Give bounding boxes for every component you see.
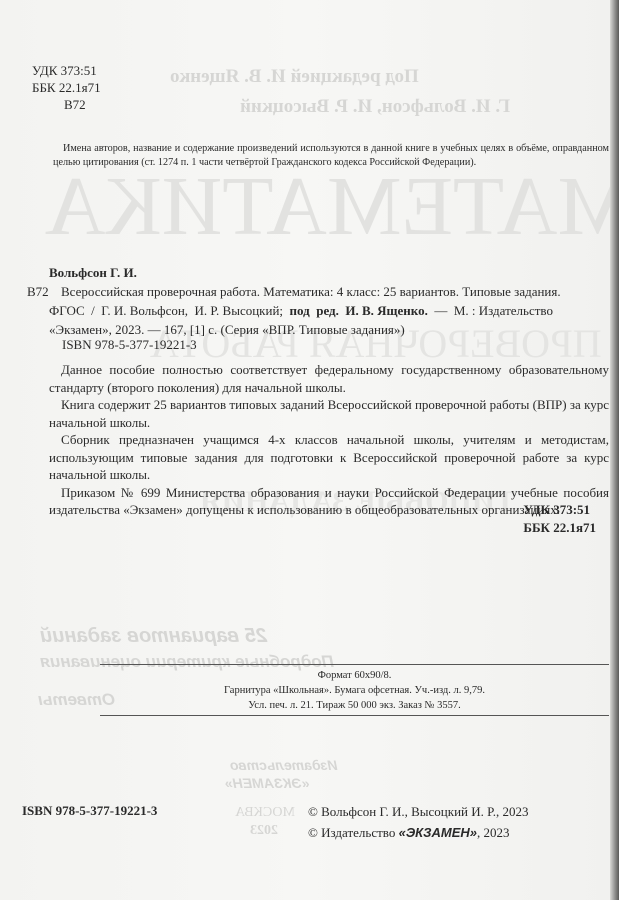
citation-notice: Имена авторов, название и содержание про… (53, 142, 609, 170)
annotation-paragraph: Книга содержит 25 вариантов типовых зада… (49, 396, 609, 431)
bbk-code-right: ББК 22.1я71 (523, 519, 596, 537)
imprint-block: Формат 60х90/8. Гарнитура «Школьная». Бу… (100, 664, 609, 716)
page-edge-shadow (610, 0, 619, 900)
imprint-format: Формат 60х90/8. (100, 668, 609, 683)
bleed-editor: Под редакцией И. В. Ященко (170, 66, 419, 88)
copyright-publisher: © Издательство «ЭКЗАМЕН», 2023 (308, 822, 529, 843)
classification-block: УДК 373:51 ББК 22.1я71 В72 (32, 62, 101, 113)
imprint-typeface: Гарнитура «Школьная». Бумага офсетная. У… (100, 683, 609, 698)
copyright-publisher-pre: © Издательство (308, 825, 399, 840)
udk-code-right: УДК 373:51 (523, 501, 596, 519)
record-line-2-post: — М. : Издательство (428, 303, 553, 318)
publisher-brand: «ЭКЗАМЕН» (399, 825, 477, 840)
bleed-publisher1: Издательство (230, 757, 338, 773)
udk-code: УДК 373:51 (32, 62, 101, 79)
imprint-print-run: Усл. печ. л. 21. Тираж 50 000 экз. Заказ… (100, 698, 609, 713)
title-verso-page: Под редакцией И. В. Ященко Г. И. Вольфсо… (0, 0, 610, 900)
bbk-code: ББК 22.1я71 (32, 79, 101, 96)
author-mark: В72 (32, 96, 101, 113)
record-isbn: ISBN 978-5-377-19221-3 (62, 337, 197, 353)
bleed-year: 2023 (250, 823, 278, 839)
record-author: Вольфсон Г. И. (27, 263, 609, 282)
record-body: Всероссийская проверочная работа. Матема… (49, 282, 609, 339)
annotation-paragraph: Данное пособие полностью соответствует ф… (49, 361, 609, 396)
record-line-2-pre: ФГОС / Г. И. Вольфсон, И. Р. Высоцкий; (49, 303, 290, 318)
bleed-publisher2: «ЭКЗАМЕН» (225, 775, 309, 791)
bibliographic-record: Вольфсон Г. И. В72 Всероссийская проверо… (27, 263, 609, 339)
record-code: В72 (27, 282, 49, 339)
record-line-1: Всероссийская проверочная работа. Матема… (49, 282, 609, 301)
copyright-year: , 2023 (477, 825, 510, 840)
bleed-authors: Г. И. Вольфсон, И. Р. Высоцкий (240, 96, 510, 118)
copyright-authors: © Вольфсон Г. И., Высоцкий И. Р., 2023 (308, 801, 529, 822)
annotation: Данное пособие полностью соответствует ф… (49, 361, 609, 519)
bleed-variants: 25 вариантов заданий (40, 625, 267, 648)
bleed-city: МОСКВА (235, 805, 295, 821)
footer-isbn: ISBN 978-5-377-19221-3 (22, 803, 157, 819)
copyright-block: © Вольфсон Г. И., Высоцкий И. Р., 2023 ©… (308, 801, 529, 843)
bleed-title-big: МАТЕМАТИКА (45, 158, 619, 255)
classification-right: УДК 373:51 ББК 22.1я71 (523, 501, 596, 537)
annotation-paragraph: Сборник предназначен учащимся 4-х классо… (49, 431, 609, 484)
record-line-2: ФГОС / Г. И. Вольфсон, И. Р. Высоцкий; п… (49, 301, 609, 320)
record-editor: под ред. И. В. Ященко. (290, 303, 428, 318)
